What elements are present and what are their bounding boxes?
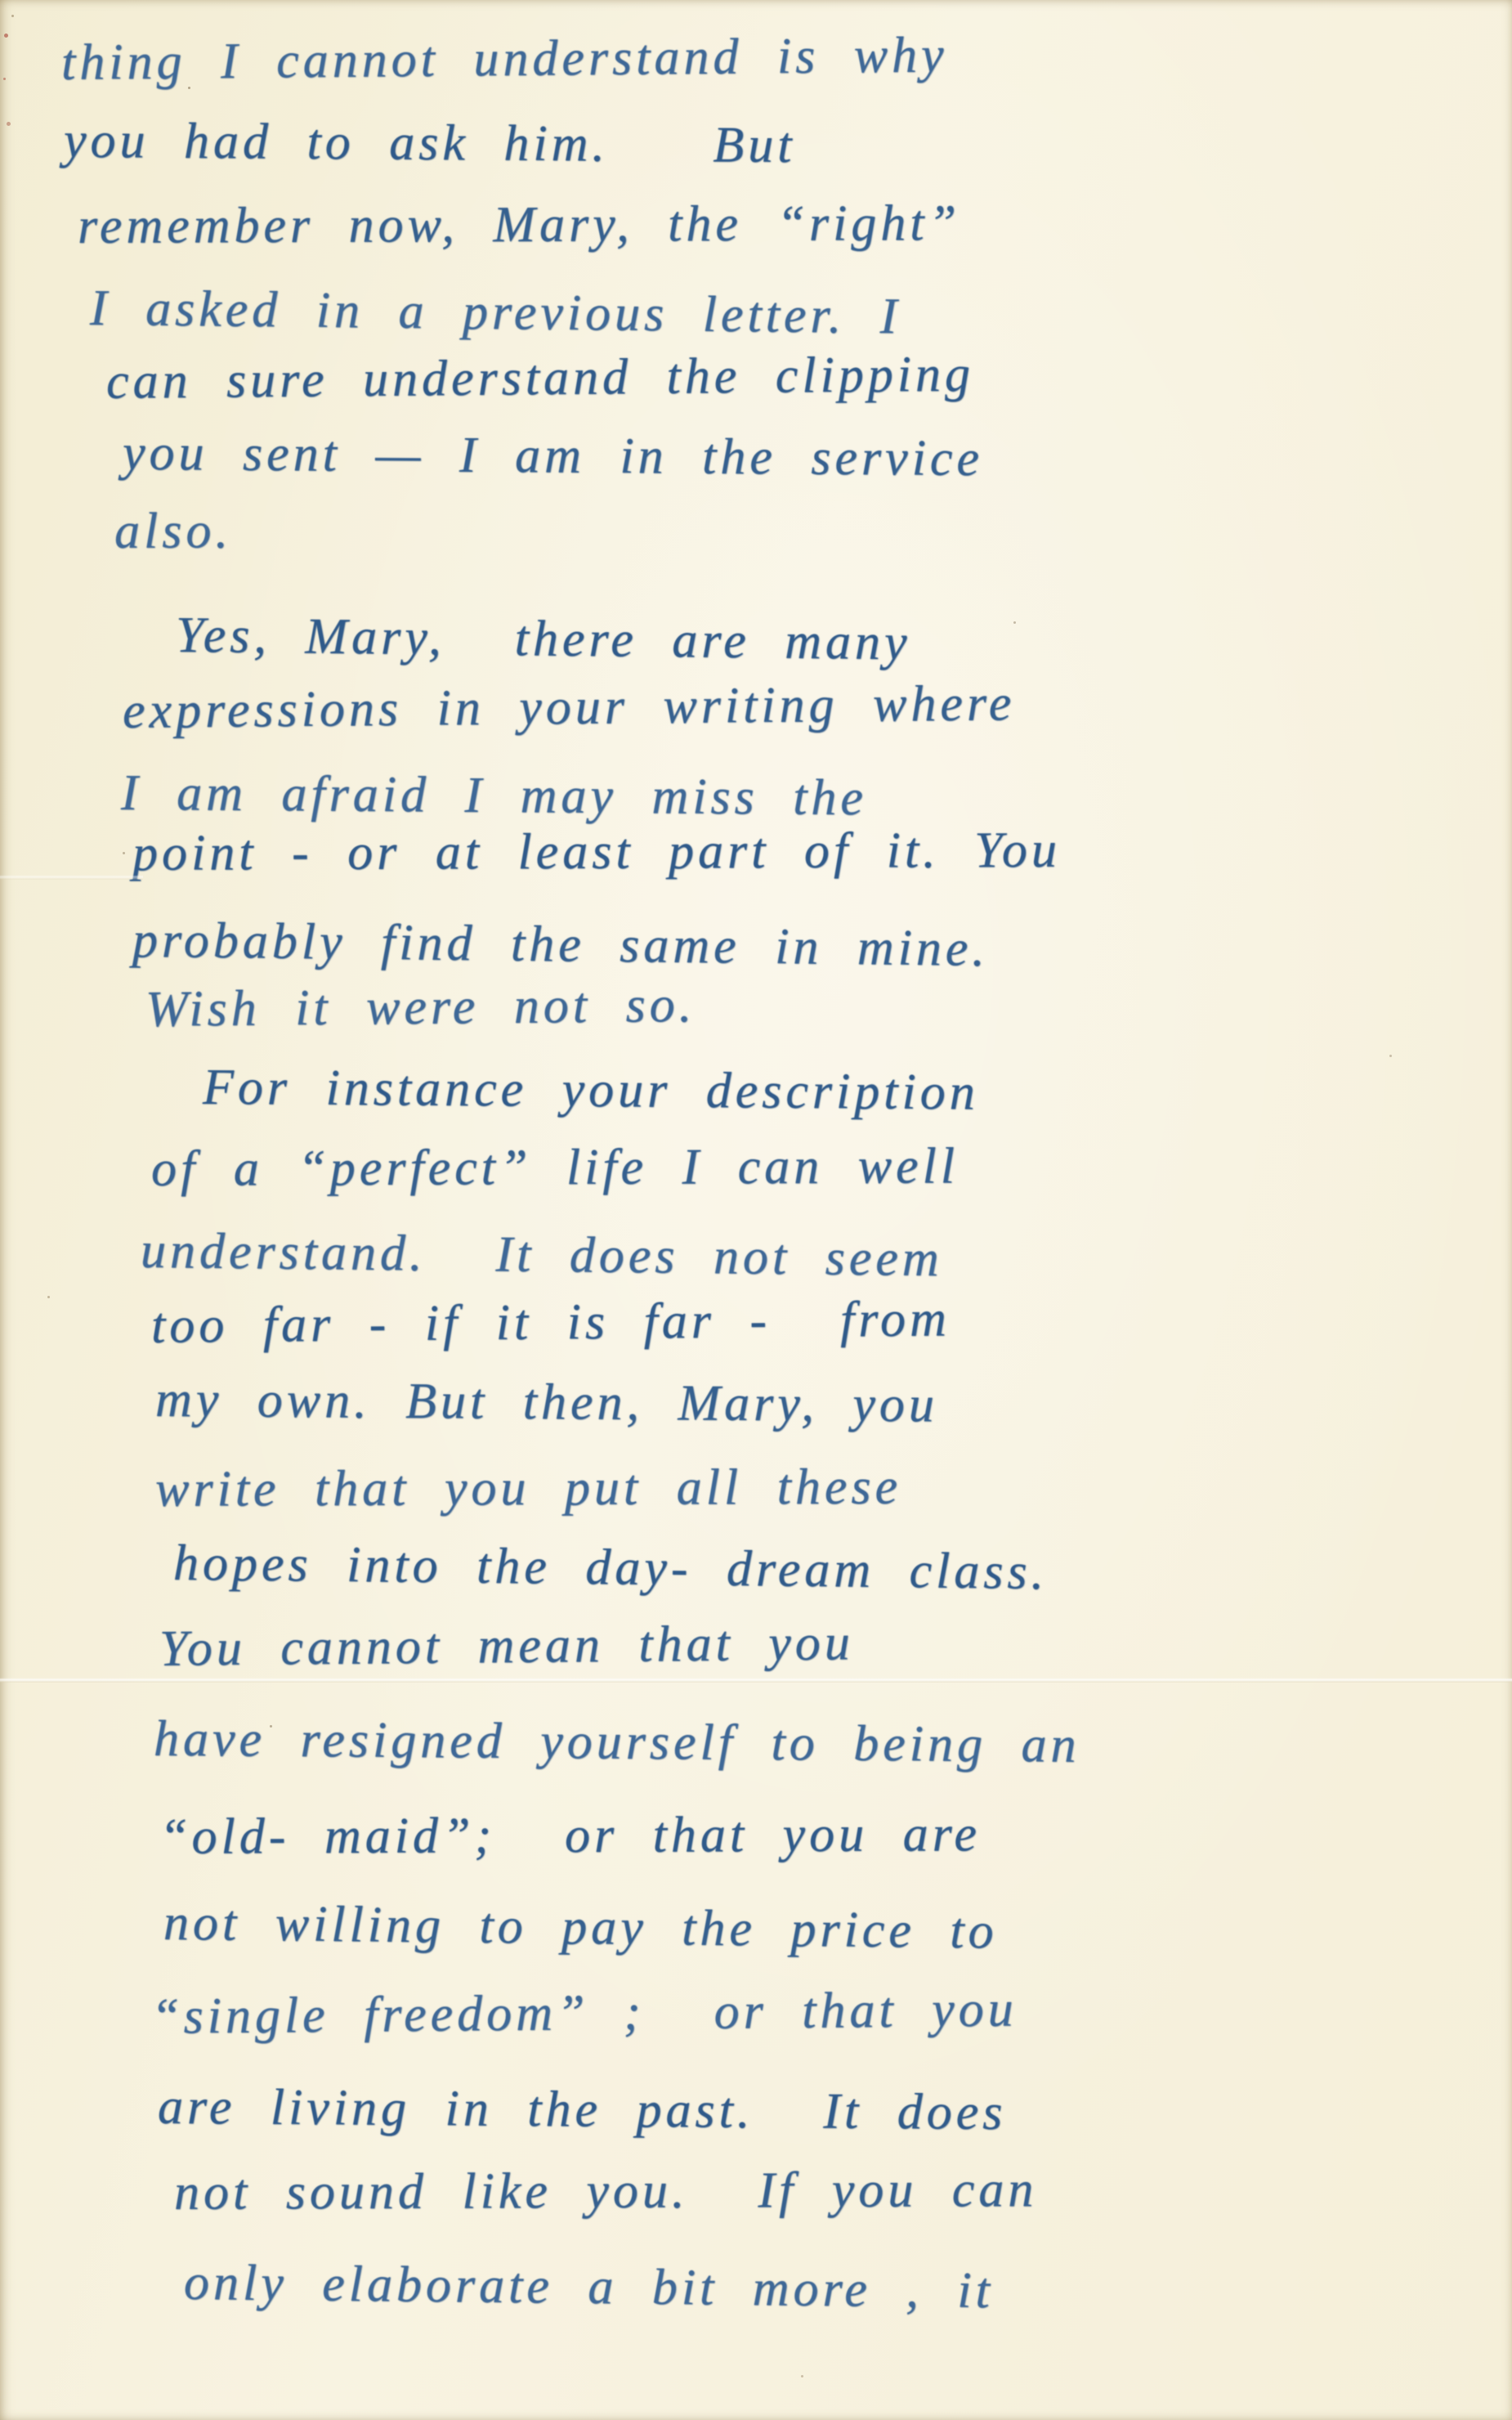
handwritten-line: You cannot mean that you [159,1617,854,1677]
handwritten-line: of a “perfect” life I can well [151,1141,959,1197]
paper-specks [0,0,2,2]
handwritten-line: Wish it were not so. [145,979,696,1037]
letter-page: thing I cannot understand is why you had… [0,0,1512,2420]
handwritten-line: I am afraid I may miss the [121,767,867,825]
handwritten-line: thing I cannot understand is why [61,29,948,91]
handwritten-line: you had to ask him. But [64,114,796,173]
handwritten-line: can sure understand the clipping [106,348,974,409]
handwritten-line: only elaborate a bit more , it [184,2256,995,2318]
handwritten-line: “single freedom” ; or that you [151,1983,1018,2044]
handwritten-line: For instance your description [203,1061,979,1120]
handwritten-line: are living in the past. It does [158,2081,1007,2140]
handwriting-block: thing I cannot understand is why you had… [0,0,1512,2420]
handwritten-line: too far - if it is far - from [151,1293,951,1353]
handwritten-line: probably find the same in mine. [132,914,990,976]
handwritten-line: have resigned yourself to being an [154,1713,1080,1772]
handwritten-line: write that you put all these [155,1461,901,1517]
handwritten-line: not willing to pay the price to [163,1897,998,1959]
handwritten-line: expressions in your writing where [123,677,1016,738]
handwritten-line: I asked in a previous letter. I [90,282,901,343]
handwritten-line: not sound like you. If you can [174,2163,1038,2220]
handwritten-line: “old- maid”; or that you are [159,1808,981,1864]
handwritten-line: my own. But then, Mary, you [155,1374,938,1432]
handwritten-line: you sent — I am in the service [123,427,983,486]
handwritten-line: Yes, Mary, there are many [176,609,911,670]
handwritten-line: remember now, Mary, the “right” [78,197,960,253]
handwritten-line: point - or at least part of it. You [132,824,1061,881]
handwritten-line: understand. It does not seem [141,1225,943,1286]
handwritten-line: also. [114,504,232,558]
handwritten-line: hopes into the day- dream class. [173,1537,1049,1599]
